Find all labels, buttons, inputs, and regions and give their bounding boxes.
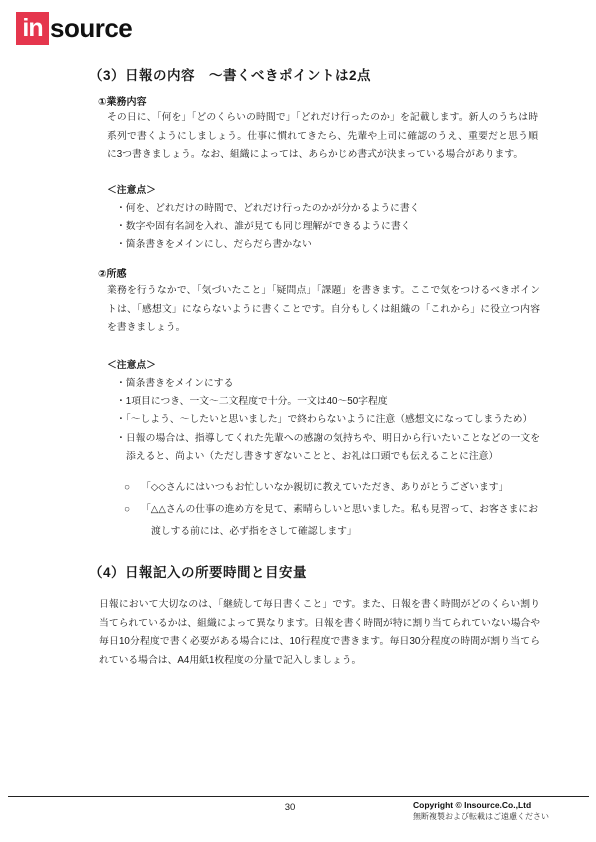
note-item: ・「～しよう、～したいと思いました」で終わらないように注意（感想文になってしまう… [116,411,540,429]
circle-marker-icon: ○ [124,499,141,543]
copyright-text: Copyright © Insource.Co.,Ltd [413,800,549,811]
note-item: ・箇条書きをメインにする [116,375,540,393]
section3-work-notes-title: ＜注意点＞ [107,182,156,196]
copy-notice-text: 無断複製および転載はご遠慮ください [413,811,549,822]
document-page: in source （3）日報の内容 ～書くべきポイントは2点 ①業務内容 その… [0,0,596,842]
note-item: ・1項目につき、一文～二文程度で十分。一文は40～50字程度 [116,393,540,411]
section3-impressions-notes-title: ＜注意点＞ [107,357,156,371]
example-list: ○ 「◇◇さんにはいつもお忙しいなか親切に教えていただき、ありがとうございます」… [124,477,538,543]
note-item: ・日報の場合は、指導してくれた先輩への感謝の気持ちや、明日から行いたいことなどの… [116,430,540,466]
section4-heading: （4）日報記入の所要時間と目安量 [89,561,307,581]
section3-work-notes-list: ・何を、どれだけの時間で、どれだけ行ったのかが分かるように書く ・数字や固有名詞… [116,200,530,255]
example-text: 「△△さんの仕事の進め方を見て、素晴らしいと思いました。私も見習って、お客さまに… [141,499,538,543]
section3-work-title: ①業務内容 [98,93,146,108]
circle-marker-icon: ○ [124,477,141,499]
section3-impressions-body: 業務を行うなかで、「気づいたこと」「疑問点」「課題」を書きます。ここで気をつける… [107,282,540,338]
section3-heading: （3）日報の内容 ～書くべきポイントは2点 [89,64,371,84]
example-text: 「◇◇さんにはいつもお忙しいなか親切に教えていただき、ありがとうございます」 [141,477,538,499]
footer-divider [8,796,589,797]
logo-in-box: in [16,12,49,45]
section4-body: 日報において大切なのは、「継続して毎日書くこと」です。また、日報を書く時間がどの… [99,596,540,671]
note-item: ・数字や固有名詞を入れ、誰が見ても同じ理解ができるように書く [116,218,530,236]
note-item: ・何を、どれだけの時間で、どれだけ行ったのかが分かるように書く [116,200,530,218]
footer-copyright-block: Copyright © Insource.Co.,Ltd 無断複製および転載はご… [413,800,549,822]
example-item: ○ 「◇◇さんにはいつもお忙しいなか親切に教えていただき、ありがとうございます」 [124,477,538,499]
section3-impressions-title: ②所感 [98,265,126,280]
note-item: ・箇条書きをメインにし、だらだら書かない [116,236,530,254]
insource-logo: in source [16,12,132,45]
logo-source-text: source [50,13,132,44]
section3-impressions-notes-list: ・箇条書きをメインにする ・1項目につき、一文～二文程度で十分。一文は40～50… [116,375,540,466]
section3-work-body: その日に、「何を」「どのくらいの時間で」「どれだけ行ったのか」を記載します。新人… [107,109,538,165]
example-item: ○ 「△△さんの仕事の進め方を見て、素晴らしいと思いました。私も見習って、お客さ… [124,499,538,543]
